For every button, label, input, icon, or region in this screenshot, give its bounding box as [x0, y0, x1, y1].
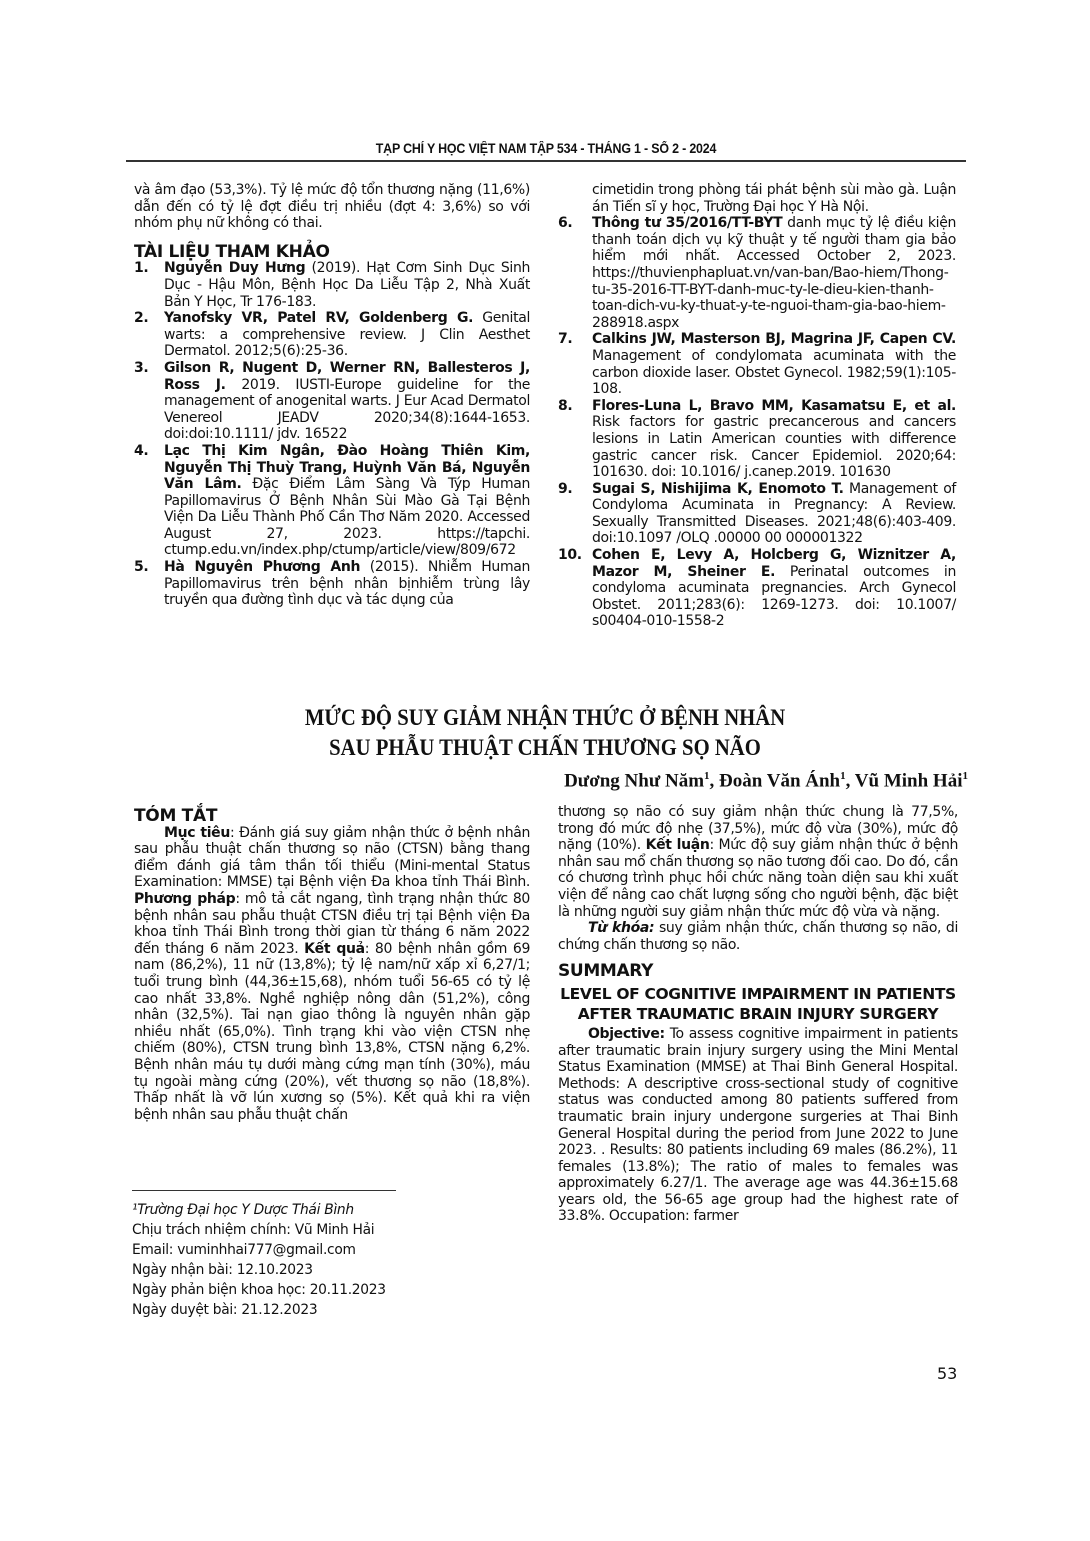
reference-item: 5. Hà Nguyên Phương Anh (2015). Nhiễm Hu…	[134, 559, 530, 609]
previous-article-closing: và âm đạo (53,3%). Tỷ lệ mức độ tổn thươ…	[134, 182, 530, 232]
footnote-rule	[132, 1190, 396, 1191]
reference-item: 1. Nguyễn Duy Hưng (2019). Hạt Cơm Sinh …	[134, 260, 530, 310]
abstract-body: Mục tiêu: Đánh giá suy giảm nhận thức ở …	[134, 825, 530, 1124]
right-column-top: cimetidin trong phòng tái phát bệnh sùi …	[558, 182, 956, 630]
reference-item: 7. Calkins JW, Masterson BJ, Magrina JF,…	[558, 331, 956, 397]
footnote: ¹Trường Đại học Y Dược Thái Bình Chịu tr…	[132, 1200, 512, 1320]
article-title: MỨC ĐỘ SUY GIẢM NHẬN THỨC Ở BỆNH NHÂN SA…	[172, 703, 919, 763]
reference-item: 4. Lạc Thị Kim Ngân, Đào Hoàng Thiên Kim…	[134, 443, 530, 559]
reference-list-right: cimetidin trong phòng tái phát bệnh sùi …	[558, 182, 956, 630]
left-column-top: và âm đạo (53,3%). Tỷ lệ mức độ tổn thươ…	[134, 182, 530, 609]
page-number: 53	[937, 1364, 957, 1383]
email: Email: vuminhhai777@gmail.com	[132, 1240, 512, 1260]
abstract-heading: TÓM TẮT	[134, 808, 530, 825]
abstract-vietnamese: TÓM TẮT Mục tiêu: Đánh giá suy giảm nhận…	[134, 808, 530, 1123]
reference-item: 9. Sugai S, Nishijima K, Enomoto T. Mana…	[558, 481, 956, 547]
references-heading: TÀI LIỆU THAM KHẢO	[134, 244, 530, 261]
reference-list-left: 1. Nguyễn Duy Hưng (2019). Hạt Cơm Sinh …	[134, 260, 530, 608]
header-rule	[126, 160, 966, 162]
date-reviewed: Ngày phản biện khoa học: 20.11.2023	[132, 1280, 512, 1300]
corresponding-author: Chịu trách nhiệm chính: Vũ Minh Hải	[132, 1220, 512, 1240]
reference-item: 6. Thông tư 35/2016/TT-BYT danh mục tỷ l…	[558, 215, 956, 331]
english-title: LEVEL OF COGNITIVE IMPAIRMENT IN PATIENT…	[558, 984, 958, 1024]
english-abstract: Objective: To assess cognitive impairmen…	[558, 1026, 958, 1225]
affiliation: ¹Trường Đại học Y Dược Thái Bình	[132, 1200, 512, 1220]
keywords: Từ khóa: suy giảm nhận thức, chấn thương…	[558, 920, 958, 953]
reference-item: 2. Yanofsky VR, Patel RV, Goldenberg G. …	[134, 310, 530, 360]
abstract-continuation: thương sọ não có suy giảm nhận thức chun…	[558, 804, 958, 920]
reference-continuation: cimetidin trong phòng tái phát bệnh sùi …	[558, 182, 956, 215]
date-accepted: Ngày duyệt bài: 21.12.2023	[132, 1300, 512, 1320]
reference-item: 8. Flores-Luna L, Bravo MM, Kasamatsu E,…	[558, 398, 956, 481]
author: Dương Như Năm	[564, 770, 704, 791]
reference-item: 3. Gilson R, Nugent D, Werner RN, Balles…	[134, 360, 530, 443]
author: Vũ Minh Hải	[855, 770, 963, 791]
date-received: Ngày nhận bài: 12.10.2023	[132, 1260, 512, 1280]
author: Đoàn Văn Ánh	[719, 770, 840, 791]
reference-item: 10. Cohen E, Levy A, Holcberg G, Wiznitz…	[558, 547, 956, 630]
author-list: Dương Như Năm1, Đoàn Văn Ánh1, Vũ Minh H…	[564, 770, 968, 792]
running-head: TẠP CHÍ Y HỌC VIỆT NAM TẬP 534 - THÁNG 1…	[161, 141, 930, 156]
journal-page: TẠP CHÍ Y HỌC VIỆT NAM TẬP 534 - THÁNG 1…	[0, 0, 1090, 1541]
summary-heading: SUMMARY	[558, 963, 958, 980]
right-column-bottom: thương sọ não có suy giảm nhận thức chun…	[558, 804, 958, 1225]
